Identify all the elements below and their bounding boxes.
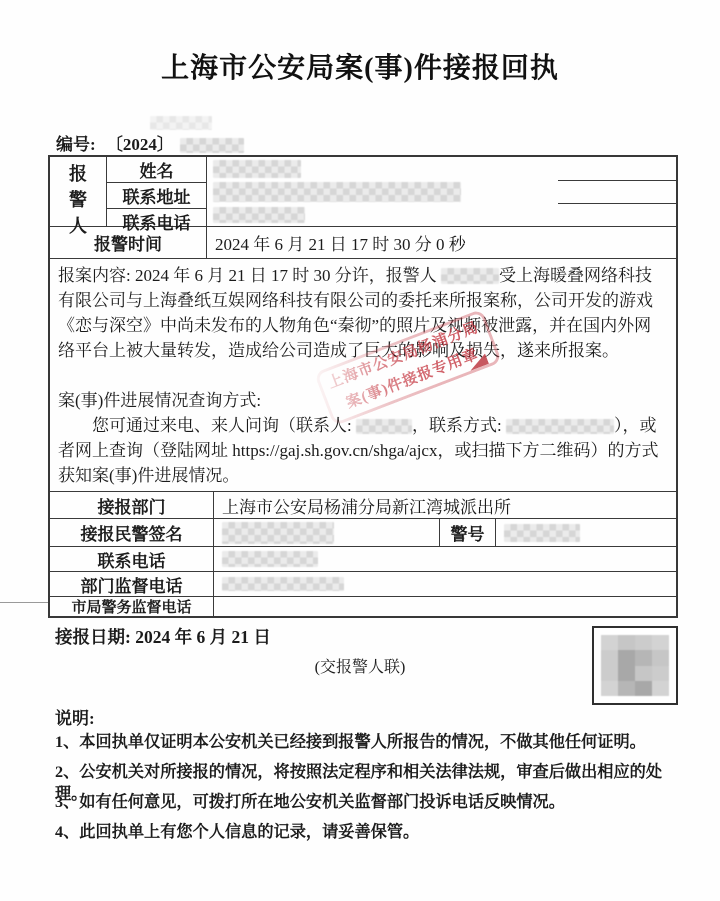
redaction-contact-phone [222,551,318,567]
receiving-dept-value: 上海市公安局杨浦分局新江湾城派出所 [214,492,676,518]
badge-number-value [496,519,676,546]
reporter-field-labels: 姓名 联系地址 联系电话 [107,157,207,226]
contact-phone-value [214,547,676,571]
qr-pixel [652,650,669,665]
doc-number-value: 〔2024〕 [106,135,174,154]
notes-heading: 说明: [55,704,95,729]
name-value-cell [207,157,676,180]
qr-pixel [618,681,635,696]
officer-signature-value [214,519,440,546]
scan-artifact-line [0,602,48,603]
copy-designation-note: (交报警人联) [30,654,690,677]
redaction-badge-number [504,524,580,542]
qr-code-pixels [601,635,669,696]
qr-pixel [618,666,635,681]
contact-phone-row: 联系电话 [50,547,676,572]
note-item: 2、公安机关对所接报的情况，将按照法定程序和相关法律法规，审查后做出相应的处理。 [55,761,680,791]
note-item: 3、如有任何意见，可拨打所在地公安机关监督部门投诉电话反映情况。 [55,791,680,821]
report-time-value: 2024 年 6 月 21 日 17 时 30 分 0 秒 [207,227,676,258]
notes-list: 1、本回执单仅证明本公安机关已经接到报警人所报告的情况，不做其他任何证明。 2、… [55,731,680,851]
receipt-date-label: 接报日期: [55,627,131,647]
redaction-above-doc-number [150,116,212,130]
redaction-contact-person [356,419,412,434]
qr-pixel [601,666,618,681]
address-label: 联系地址 [107,183,206,209]
qr-pixel [635,650,652,665]
qr-pixel [601,635,618,650]
qr-pixel [635,635,652,650]
reporter-block-row: 报 警 人 姓名 联系地址 联系电话 [50,157,676,227]
qr-pixel [652,635,669,650]
report-time-row: 报警时间 2024 年 6 月 21 日 17 时 30 分 0 秒 [50,227,676,259]
report-content-prefix: 报案内容: 2024 年 6 月 21 日 17 时 30 分许，报警人 [58,266,437,285]
qr-code [592,626,678,705]
dept-supervision-value [214,572,676,596]
dept-supervision-label: 部门监督电话 [50,572,214,596]
progress-query-paragraph: 您可通过来电、来人问询（联系人: ，联系方式: ），或者网上查询（登陆网址 ht… [58,413,668,488]
reporter-group-label: 报 警 人 [50,157,107,226]
qr-pixel [601,681,618,696]
contact-phone-label: 联系电话 [50,547,214,571]
receipt-date-line: 接报日期: 2024 年 6 月 21 日 [55,624,271,649]
name-label: 姓名 [107,157,206,183]
city-supervision-value [214,597,676,616]
redaction-name [213,160,301,178]
note-item: 1、本回执单仅证明本公安机关已经接到报警人所报告的情况，不做其他任何证明。 [55,731,680,761]
redaction-phone [213,207,305,223]
query-part2: ，联系方式: [412,416,502,435]
officer-signature-row: 接报民警签名 警号 [50,519,676,547]
redaction-officer-signature [222,522,334,544]
report-content-paragraph: 报案内容: 2024 年 6 月 21 日 17 时 30 分许，报警人 受上海… [58,263,668,363]
reporter-char: 警 [69,186,87,212]
phone-value-cell [207,203,676,226]
city-supervision-row: 市局警务监督电话 [50,597,676,616]
address-value-cell [207,180,676,203]
doc-number-line: 编号: 〔2024〕 [56,130,244,155]
officer-signature-label: 接报民警签名 [50,519,214,546]
note-item: 4、此回执单上有您个人信息的记录，请妥善保管。 [55,821,680,851]
redaction-doc-number [180,138,244,153]
qr-pixel [601,650,618,665]
redaction-contact-number [506,419,614,434]
redaction-dept-supervision-phone [222,577,344,591]
qr-pixel [635,681,652,696]
qr-pixel [652,666,669,681]
qr-pixel [652,681,669,696]
qr-pixel [618,650,635,665]
page-title: 上海市公安局案(事)件接报回执 [0,46,720,86]
doc-number-label: 编号: [56,135,96,154]
receipt-table: 报 警 人 姓名 联系地址 联系电话 [48,155,678,618]
city-supervision-label: 市局警务监督电话 [50,597,214,616]
dept-supervision-row: 部门监督电话 [50,572,676,597]
reporter-field-values [207,157,676,226]
reporter-char: 报 [69,160,87,186]
qr-pixel [635,666,652,681]
redaction-address [213,182,461,202]
query-part1: 您可通过来电、来人问询（联系人: [92,416,352,435]
qr-pixel [618,635,635,650]
report-content-cell: 报案内容: 2024 年 6 月 21 日 17 时 30 分许，报警人 受上海… [50,259,676,492]
badge-number-label: 警号 [440,519,496,546]
receiving-dept-label: 接报部门 [50,492,214,518]
report-time-label: 报警时间 [50,227,207,258]
receipt-date-value: 2024 年 6 月 21 日 [135,627,271,647]
redaction-reporter-name-inline [441,268,499,284]
police-report-receipt-document: 上海市公安局案(事)件接报回执 编号: 〔2024〕 报 警 人 姓名 联系地址… [0,0,720,901]
receiving-dept-row: 接报部门 上海市公安局杨浦分局新江湾城派出所 [50,492,676,519]
